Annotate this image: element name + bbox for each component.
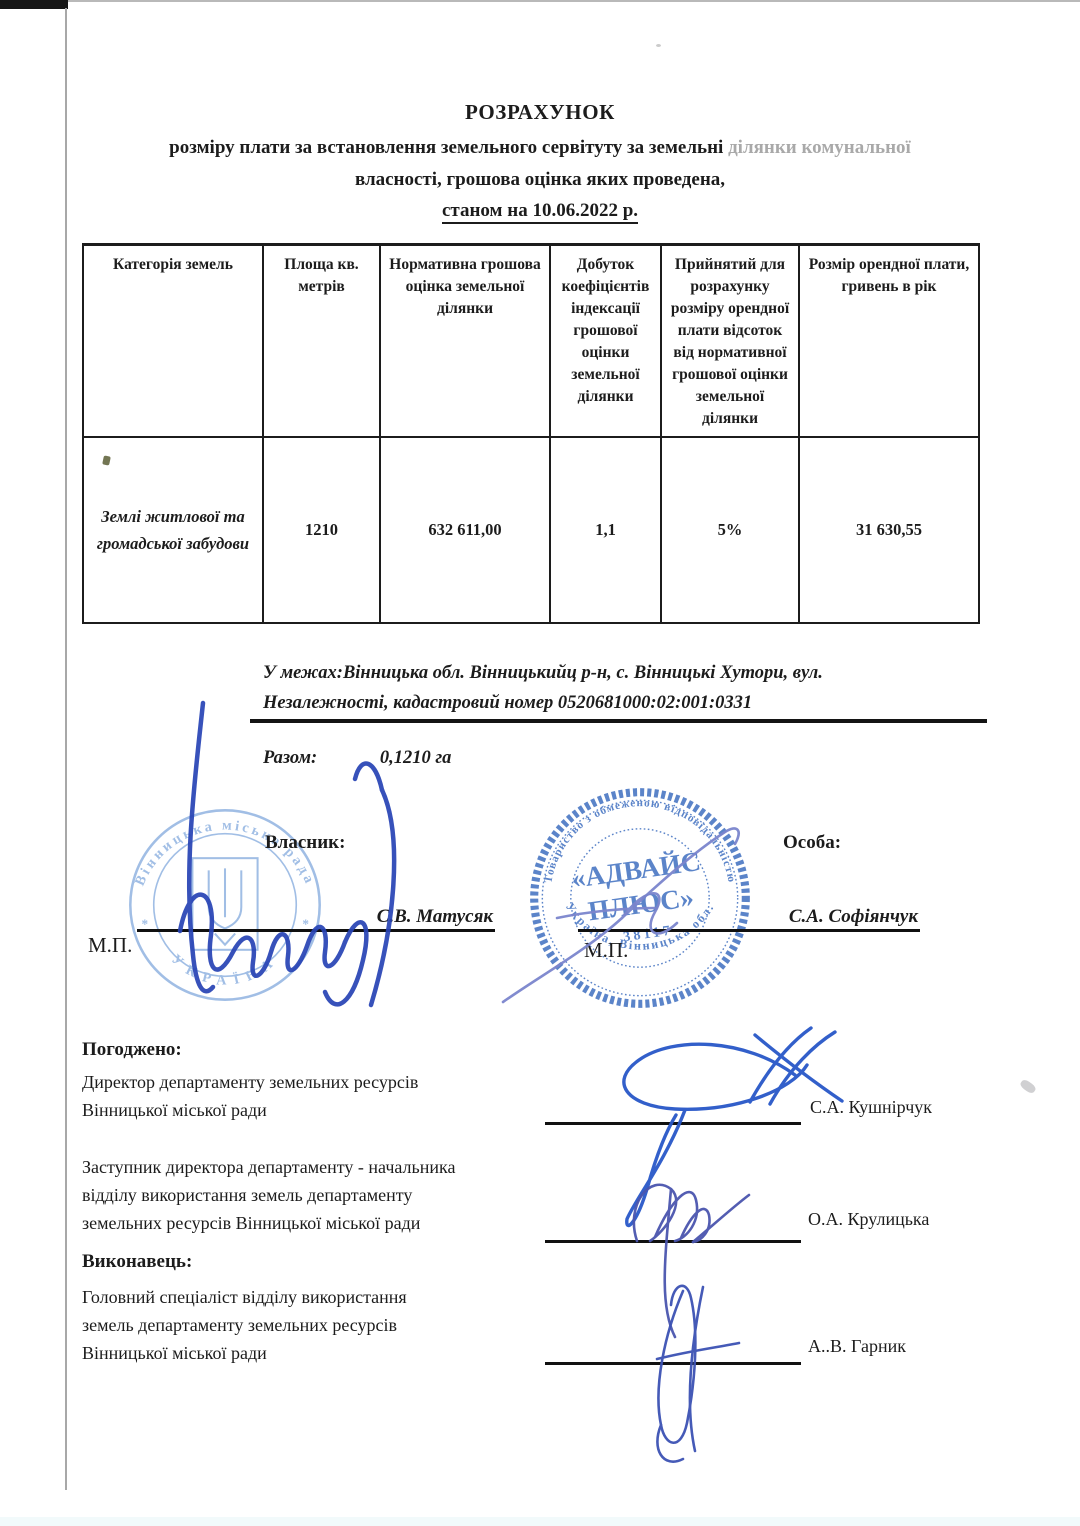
subtitle-line-1: розміру плати за встановлення земельного…	[0, 137, 1080, 159]
page-title: РОЗРАХУНОК	[0, 100, 1080, 125]
signature-matusyak	[165, 693, 445, 1023]
scan-speck	[656, 44, 661, 47]
approver-2-role-line: Заступник директора департаменту - начал…	[82, 1153, 455, 1181]
cell-area: 1210	[263, 437, 380, 623]
executor-role-line: Вінницької міської ради	[82, 1339, 267, 1367]
person-name: С.А. Софіянчук	[789, 906, 920, 929]
table-header-row: Категорія земель Площа кв. метрів Нормат…	[83, 245, 979, 438]
approver-1-role-line: Вінницької міської ради	[82, 1096, 267, 1124]
col-header-percent: Прийнятий для розрахунку розміру орендно…	[661, 245, 799, 438]
col-header-category: Категорія земель	[83, 245, 263, 438]
executor-role-line: Головний спеціаліст відділу використання	[82, 1283, 407, 1311]
scan-corner-bar	[0, 0, 68, 9]
cell-rent: 31 630,55	[799, 437, 979, 623]
executor-name: А..В. Гарник	[808, 1336, 906, 1357]
scanned-document: РОЗРАХУНОК розміру плати за встановлення…	[0, 0, 1080, 1526]
col-header-area: Площа кв. метрів	[263, 245, 380, 438]
scan-edge-line	[0, 0, 1080, 2]
approver-2-role-line: земельних ресурсів Вінницької міської ра…	[82, 1209, 420, 1237]
owner-seal-mark: М.П.	[88, 933, 132, 958]
table-row: Землі житлової та громадської забудови 1…	[83, 437, 979, 623]
col-header-valuation: Нормативна грошова оцінка земельної діля…	[380, 245, 550, 438]
cell-coefficient: 1,1	[550, 437, 661, 623]
approver-1-role-line: Директор департаменту земельних ресурсів	[82, 1068, 418, 1096]
signature-sofiyanchuk	[495, 800, 775, 1015]
signature-harnyk	[605, 1263, 765, 1475]
cell-valuation: 632 611,00	[380, 437, 550, 623]
col-header-coefficient: Добуток коефіцієнтів індексації грошової…	[550, 245, 661, 438]
cell-category: Землі житлової та громадської забудови	[83, 437, 263, 623]
person-label: Особа:	[783, 832, 841, 854]
approval-heading: Погоджено:	[82, 1039, 182, 1061]
subtitle-line-2: власності, грошова оцінка яких проведена…	[0, 169, 1080, 191]
subtitle-faded: ділянки комунальної	[728, 137, 911, 158]
col-header-rent: Розмір орендної плати, гривень в рік	[799, 245, 979, 438]
executor-role-line: земель департаменту земельних ресурсів	[82, 1311, 397, 1339]
approver-2-role-line: відділу використання земель департаменту	[82, 1181, 412, 1209]
scan-fold-line	[65, 8, 67, 1490]
subtitle-dark: розміру плати за встановлення земельного…	[169, 137, 723, 158]
calculation-table: Категорія земель Площа кв. метрів Нормат…	[82, 243, 980, 624]
scan-smudge	[1019, 1078, 1037, 1095]
cell-percent: 5%	[661, 437, 799, 623]
location-line-1: У межах:Вінницька обл. Вінницькийц р-н, …	[263, 658, 963, 688]
subtitle-date: станом на 10.06.2022 р.	[0, 200, 1080, 222]
executor-heading: Виконавець:	[82, 1251, 192, 1273]
scan-bottom-tint	[0, 1517, 1080, 1526]
